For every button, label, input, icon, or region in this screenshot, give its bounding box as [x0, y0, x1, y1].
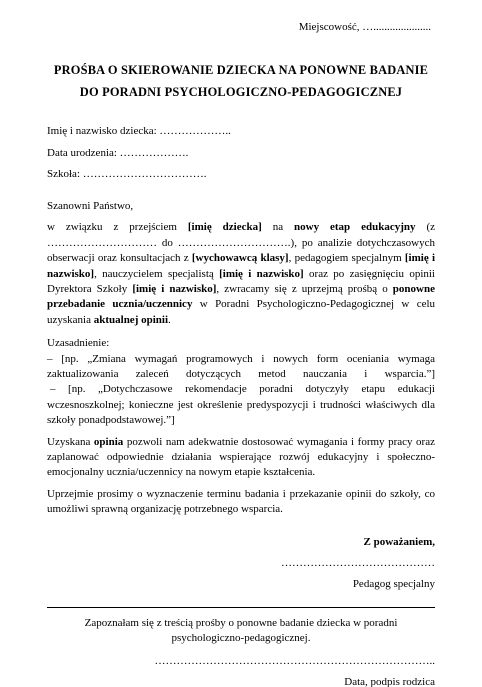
- acknowledgement-dotted-line: …………………………………………………………………..: [47, 654, 435, 669]
- salutation: Szanowni Państwo,: [47, 199, 435, 214]
- justification-example-2: – [np. „Dotychczasowe rekomendacje porad…: [47, 382, 435, 428]
- opinion-paragraph: Uzyskana opinia pozwoli nam adekwatnie d…: [47, 435, 435, 481]
- place-line: Miejscowość, ….....................: [47, 20, 431, 35]
- justification-example-1: – [np. „Zmiana wymagań programowych i no…: [47, 352, 435, 383]
- document-page: Miejscowość, …..................... PROŚ…: [0, 0, 482, 687]
- signature-dotted-line: ……………………………………: [47, 553, 435, 574]
- signature-role: Pedagog specjalny: [47, 574, 435, 595]
- signature-closing: Z poważaniem,: [47, 532, 435, 553]
- child-info-fields: Imię i nazwisko dziecka: ……………….. Data u…: [47, 121, 435, 186]
- field-school: Szkoła: …………………………….: [47, 164, 435, 186]
- field-child-name: Imię i nazwisko dziecka: ………………..: [47, 121, 435, 143]
- request-paragraph: w związku z przejściem [imię dziecka] na…: [47, 220, 435, 328]
- field-birth-date: Data urodzenia: ……………….: [47, 143, 435, 165]
- section-divider: [47, 607, 435, 608]
- acknowledgement-section: Zapoznałam się z treścią prośby o ponown…: [47, 616, 435, 687]
- justification-section: Uzasadnienie: – [np. „Zmiana wymagań pro…: [47, 336, 435, 428]
- signature-block: Z poważaniem, …………………………………… Pedagog spe…: [47, 532, 435, 595]
- justification-heading: Uzasadnienie:: [47, 336, 435, 351]
- closing-paragraph: Uprzejmie prosimy o wyznaczenie terminu …: [47, 487, 435, 518]
- title-line-1: PROŚBA O SKIEROWANIE DZIECKA NA PONOWNE …: [47, 59, 435, 81]
- acknowledgement-caption: Data, podpis rodzica: [47, 675, 435, 687]
- acknowledgement-text: Zapoznałam się z treścią prośby o ponown…: [47, 616, 435, 647]
- title-line-2: DO PORADNI PSYCHOLOGICZNO-PEDAGOGICZNEJ: [47, 81, 435, 103]
- document-title: PROŚBA O SKIEROWANIE DZIECKA NA PONOWNE …: [47, 59, 435, 103]
